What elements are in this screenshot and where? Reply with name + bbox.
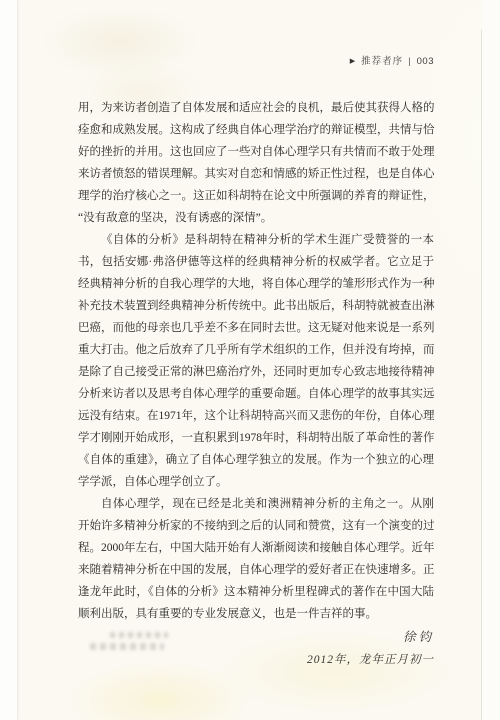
text-line: 开始许多精神分析家的不接纳到之后的认同和赞赏，这有一个演变的过 [78, 515, 434, 537]
body-text: 用，为来访者创造了自体发展和适应社会的良机，最后使其获得人格的痊愈和成熟发展。这… [78, 97, 434, 625]
paragraph: 《自体的分析》是科胡特在精神分析的学术生涯广受赞誉的一本书，包括安娜·弗洛伊德等… [78, 229, 434, 493]
text-line: 痊愈和成熟发展。这构成了经典自体心理学治疗的辩证模型，共情与恰 [78, 119, 434, 141]
paragraph: 自体心理学，现在已经是北美和澳洲精神分析的主角之一。从刚开始许多精神分析家的不接… [78, 493, 434, 625]
section-title: 推荐者序 [361, 56, 403, 67]
text-line: 来访者愤怒的错误理解。其实对自恋和情感的矫正性过程，也是自体心 [78, 163, 434, 185]
page-number: 003 [417, 56, 434, 67]
text-line: 来随着精神分析在中国的发展，自体心理学的爱好者正在快速增多。正 [78, 559, 434, 581]
text-line: 是除了自己接受正常的淋巴癌治疗外，还同时更加专心致志地接待精神 [78, 361, 434, 383]
header-separator-icon: | [408, 56, 411, 67]
text-line: 经典精神分析的自我心理学的大地，将自体心理学的雏形形式作为一种 [78, 273, 434, 295]
text-line: 远没有结束。在1971年，这个让科胡特高兴而又悲伤的年份，自体心理 [78, 405, 434, 427]
text-line: 用，为来访者创造了自体发展和适应社会的良机，最后使其获得人格的 [78, 97, 434, 119]
scan-edge-left [0, 0, 17, 720]
text-line: 补充技术装置到经典精神分析传统中。此书出版后，科胡特就被查出淋 [78, 295, 434, 317]
text-line: “没有敌意的坚决，没有诱惑的深情”。 [78, 207, 434, 229]
text-line: 《自体的重建》，确立了自体心理学独立的发展。作为一个独立的心理 [78, 449, 434, 471]
section-marker-icon: ▶ [350, 58, 356, 65]
text-line: 学学派，自体心理学创立了。 [78, 471, 434, 493]
ink-bleed-artifact [90, 630, 178, 654]
signature-date: 2012年，龙年正月初一 [307, 648, 434, 672]
text-line: 顺利出版，具有重要的专业发展意义，也是一件吉祥的事。 [78, 603, 434, 625]
author-name: 徐钧 [307, 626, 434, 648]
scanned-book-page: { "page": { "header": { "marker_icon": "… [0, 0, 500, 720]
text-line: 自体心理学，现在已经是北美和澳洲精神分析的主角之一。从刚 [78, 493, 434, 515]
text-line: 好的挫折的并用。这也回应了一些对自体心理学只有共情而不敢于处理 [78, 141, 434, 163]
text-line: 重大打击。他之后放弃了几乎所有学术组织的工作，但并没有垮掉，而 [78, 339, 434, 361]
text-line: 巴癌，而他的母亲也几乎差不多在同时去世。这无疑对他来说是一系列 [78, 317, 434, 339]
text-line: 书，包括安娜·弗洛伊德等这样的经典精神分析的权威学者。它立足于 [78, 251, 434, 273]
running-header: ▶推荐者序|003 [350, 53, 434, 67]
text-line: 分析来访者以及思考自体心理学的重要命题。自体心理学的故事其实远 [78, 383, 434, 405]
page-edge-line [481, 30, 482, 720]
page-surface: ▶推荐者序|003 用，为来访者创造了自体发展和适应社会的良机，最后使其获得人格… [0, 0, 500, 720]
text-line: 逢龙年此时，《自体的分析》这本精神分析里程碑式的著作在中国大陆 [78, 581, 434, 603]
scan-edge-right [482, 0, 500, 720]
text-line: 理学的治疗核心之一。这正如科胡特在论文中所强调的养育的辩证性， [78, 185, 434, 207]
text-line: 《自体的分析》是科胡特在精神分析的学术生涯广受赞誉的一本 [78, 229, 434, 251]
text-line: 学才刚刚开始成形，一直积累到1978年时，科胡特出版了革命性的著作 [78, 427, 434, 449]
paragraph: 用，为来访者创造了自体发展和适应社会的良机，最后使其获得人格的痊愈和成熟发展。这… [78, 97, 434, 229]
text-line: 程。2000年左右，中国大陆开始有人渐渐阅读和接触自体心理学。近年 [78, 537, 434, 559]
signature-block: 徐钧 2012年，龙年正月初一 [307, 626, 434, 672]
